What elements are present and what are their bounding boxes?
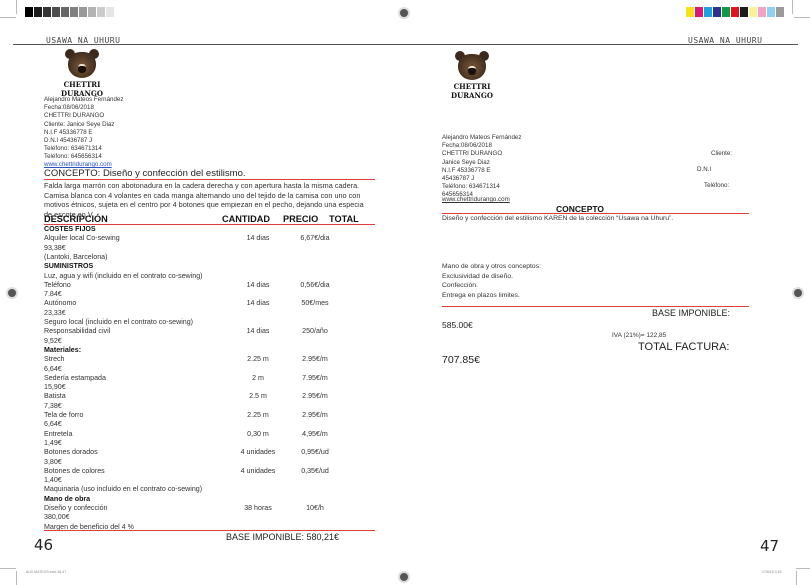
base-imponible-label: BASE IMPONIBLE: (652, 308, 730, 318)
concept-description-right: Diseño y confección del estilismo KAREN … (442, 215, 673, 222)
table-row-description: Autónomo (44, 299, 76, 307)
table-row-price: 4,95€/m (295, 430, 335, 438)
color-swatch (52, 7, 61, 17)
color-swatch (115, 7, 124, 17)
table-row-quantity: 14 dias (238, 281, 278, 289)
brand-logo-right: CHETTRI DURANGO (432, 51, 512, 100)
table-row-description: 1,40€ (44, 476, 62, 484)
iva-line: IVA (21%)= 122,85 (612, 332, 666, 339)
table-row-description: 7.84€ (44, 290, 62, 298)
sender-line: N.I.F 45336778 E (442, 167, 521, 175)
color-swatch (740, 7, 749, 17)
color-swatch (70, 7, 79, 17)
concept-title-left: CONCEPTO: Diseño y confección del estili… (44, 168, 246, 179)
color-swatch (758, 7, 767, 17)
registration-mark-top (400, 9, 408, 17)
table-row-description: Sedería estampada (44, 374, 106, 382)
sender-line: Cliente: Janice Seye Diaz (44, 121, 123, 129)
table-row-description: 6,64€ (44, 365, 62, 373)
table-row-description: 3,80€ (44, 458, 62, 466)
crop-mark (0, 17, 16, 18)
extra-item: Exclusividad de diseño. (442, 272, 541, 282)
crop-mark (794, 17, 810, 18)
table-row-description: Mano de obra (44, 495, 90, 503)
sender-line: CHETTRI DURANGO (44, 112, 123, 120)
table-row-description: Entretela (44, 430, 72, 438)
color-swatch (749, 7, 758, 17)
table-row-price: 10€/h (295, 504, 335, 512)
color-swatch (776, 7, 785, 17)
table-row-description: 15,90€ (44, 383, 66, 391)
table-row-description: Teléfono (44, 281, 71, 289)
color-swatch (722, 7, 731, 17)
sender-line: Teléfono: 634671314 (442, 183, 521, 191)
crop-mark (16, 0, 17, 14)
brand-logo-left: CHETTRI DURANGO (42, 49, 122, 98)
sender-line: Janice Seye Diaz (442, 159, 521, 167)
table-row-description: Diseño y confección (44, 504, 107, 512)
table-footer-divider (44, 530, 375, 531)
table-row-description: Strech (44, 355, 65, 363)
table-row-description: Responsabilidad civil (44, 327, 110, 335)
total-factura-value: 707.85€ (442, 354, 480, 366)
table-row-price: 6,67€/dia (295, 234, 335, 242)
sender-block-right: Alejandro Mateos FernándezFecha:08/06/20… (442, 134, 521, 200)
table-row-quantity: 2 m (238, 374, 278, 382)
crop-mark (796, 568, 810, 569)
column-header-total: TOTAL (329, 214, 359, 224)
color-swatch (79, 7, 88, 17)
table-row-quantity: 2.25 m (238, 411, 278, 419)
page-number-right: 47 (760, 537, 779, 555)
total-factura-label: TOTAL FACTURA: (638, 341, 729, 353)
sender-line: D.N.I 45436787 J (44, 137, 123, 145)
table-row-price: 7.95€/m (295, 374, 335, 382)
extra-item: Mano de obra y otros conceptos: (442, 262, 541, 272)
sender-line: CHETTRI DURANGO (442, 150, 521, 158)
table-row-quantity: 14 dias (238, 234, 278, 242)
table-row-price: 0,56€/dia (295, 281, 335, 289)
dni-label: D.N.I (697, 166, 711, 174)
header-rule-right (405, 44, 798, 45)
table-row-description: Seguro local (incluido en el contrato co… (44, 318, 193, 326)
table-row-price: 2.95€/m (295, 411, 335, 419)
sender-line: Fecha:08/06/2018 (44, 104, 123, 112)
table-row-quantity: 38 horas (238, 504, 278, 512)
column-header-price: PRECIO (283, 214, 318, 224)
sender-line: Teléfono: 634671314 (44, 145, 123, 153)
table-row-description: 1,49€ (44, 439, 62, 447)
column-header-quantity: CANTIDAD (222, 214, 270, 224)
color-swatch (767, 7, 776, 17)
color-swatch (25, 7, 34, 17)
table-row-price: 0,35€/ud (295, 467, 335, 475)
table-row-description: Batista (44, 392, 66, 400)
extras-list: Mano de obra y otros conceptos:Exclusivi… (442, 262, 541, 300)
table-row-price: 2.95€/m (295, 355, 335, 363)
table-row-description: Tela de forro (44, 411, 83, 419)
color-swatch (713, 7, 722, 17)
table-row-price: 50€/mes (295, 299, 335, 307)
page-number-left: 46 (34, 536, 53, 554)
color-swatch (731, 7, 740, 17)
sender-line: Fecha:08/06/2018 (442, 142, 521, 150)
table-row-description: COSTES FIJOS (44, 225, 96, 233)
table-row-description: SUMINISTROS (44, 262, 93, 270)
color-swatch (106, 7, 115, 17)
totals-divider (442, 306, 749, 307)
table-row-description: Botones dorados (44, 448, 98, 456)
table-row-quantity: 4 unidades (238, 448, 278, 456)
concept-divider-left (44, 179, 375, 180)
color-calibration-bar (686, 7, 785, 17)
color-swatch (43, 7, 52, 17)
table-row-price: 250/año (295, 327, 335, 335)
table-row-description: (Lantoki, Barcelona) (44, 253, 107, 261)
base-imponible-left: BASE IMPONIBLE: 580,21€ (226, 532, 339, 542)
table-row-quantity: 0,30 m (238, 430, 278, 438)
table-row-description: Alquiler local Co-sewing (44, 234, 120, 242)
table-row-description: Maquinaria (uso incluido en el contrato … (44, 485, 202, 493)
crop-mark (792, 0, 793, 14)
table-row-description: Luz, agua y wifi (incluido en el contrat… (44, 272, 203, 280)
crop-mark (0, 568, 16, 569)
client-label: Cliente: (711, 150, 732, 158)
registration-mark-left (8, 289, 16, 297)
color-swatch (61, 7, 70, 17)
table-row-description: 380,00€ (44, 513, 70, 521)
column-header-description: DESCRIPCIÓN (44, 214, 108, 224)
table-row-quantity: 2.25 m (238, 355, 278, 363)
concept-divider-right (442, 213, 749, 214)
sender-line: Alejandro Mateos Fernández (442, 134, 521, 142)
sender-line: N.I.F 45336778 E (44, 129, 123, 137)
table-row-description: 93,38€ (44, 244, 66, 252)
table-row-quantity: 14 dias (238, 327, 278, 335)
logo-name: CHETTRI DURANGO (432, 82, 512, 100)
sender-line: 45436787 J (442, 175, 521, 183)
bear-icon (65, 49, 99, 79)
print-slug-right: 17/6/18 3:15 (762, 570, 781, 574)
base-imponible-value: 585.00€ (442, 320, 473, 330)
color-swatch (695, 7, 704, 17)
table-row-quantity: 4 unidades (238, 467, 278, 475)
table-row-quantity: 2.5 m (238, 392, 278, 400)
registration-mark-right (794, 289, 802, 297)
table-row-description: Materiales: (44, 346, 81, 354)
sender-line: Alejandro Mateos Fernández (44, 96, 123, 104)
sender-block-left: Alejandro Mateos FernándezFecha:08/06/20… (44, 96, 123, 162)
color-swatch (88, 7, 97, 17)
print-slug-left: AUX MATEOS.indd 46-47 (26, 570, 66, 574)
color-swatch (34, 7, 43, 17)
table-row-price: 2.95€/m (295, 392, 335, 400)
table-row-description: 9,52€ (44, 337, 62, 345)
color-swatch (97, 7, 106, 17)
table-row-price: 0,95€/ud (295, 448, 335, 456)
table-row-description: 23,33€ (44, 309, 66, 317)
table-row-description: 7,38€ (44, 402, 62, 410)
registration-mark-bottom (400, 573, 408, 581)
table-row-description: Botones de colores (44, 467, 105, 475)
table-row-quantity: 14 dias (238, 299, 278, 307)
crop-mark (16, 571, 17, 585)
phone-label: Teléfono: (704, 182, 729, 190)
color-swatch (686, 7, 695, 17)
grayscale-calibration-bar (25, 7, 124, 17)
extra-item: Entrega en plazos limites. (442, 291, 541, 301)
header-rule-left (13, 44, 410, 45)
bear-icon (455, 51, 489, 81)
extra-item: Confección. (442, 281, 541, 291)
crop-mark (796, 571, 797, 585)
table-row-description: 6,64€ (44, 420, 62, 428)
website-link-right[interactable]: www.chettridurango.com (442, 196, 510, 204)
color-swatch (704, 7, 713, 17)
